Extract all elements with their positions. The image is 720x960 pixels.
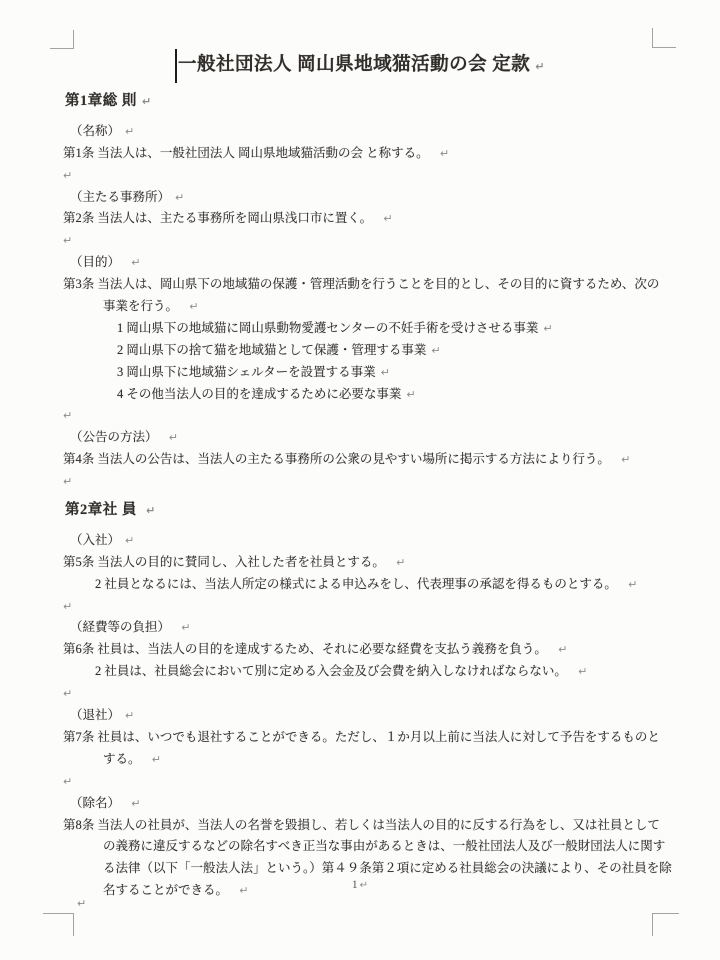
text-line-article: 第2条 当法人は、主たる事務所を岡山県浅口市に置く。 ↵ [0, 208, 720, 230]
text-line-article: 第7条 社員は、いつでも退社することができる。ただし、１か月以上前に当法人に対し… [0, 727, 720, 749]
return-mark-icon: ↵ [578, 665, 587, 678]
return-mark-icon: ↵ [125, 709, 134, 722]
return-mark-icon: ↵ [131, 797, 140, 810]
text-line-item: 4 その他当法人の目的を達成するために必要な事業↵ [0, 384, 720, 406]
blank-line: ↵ [0, 230, 720, 252]
text-line-item: 3 岡山県下に地域猫シェルターを設置する事業↵ [0, 362, 720, 384]
text-line-label: （経費等の負担） ↵ [0, 617, 720, 639]
line-text: （公告の方法） [70, 430, 164, 444]
line-text: 第2章社 員 [65, 502, 141, 518]
text-line-chapter: 第2章社 員 ↵ [0, 500, 720, 522]
return-mark-icon: ↵ [383, 212, 392, 225]
crop-mark-bottom-right-icon [652, 913, 679, 936]
text-line-cont: の義務に違反するなどの除名すべき正当な事由があるときは、一般社団法人及び一般財団… [0, 836, 720, 858]
blank-line: ↵ [0, 771, 720, 793]
line-text: （退社） [70, 708, 120, 722]
return-mark-icon: ↵ [360, 880, 368, 891]
line-text: （経費等の負担） [70, 620, 176, 634]
line-text: 第1章総 則 [65, 93, 137, 109]
document-title-row: 一般社団法人 岡山県地域猫活動の会 定款↵ [0, 46, 720, 84]
text-line-sub: 2 社員は、社員総会において別に定める入会金及び会費を納入しなければならない。 … [0, 661, 720, 683]
page-number: 1↵ [0, 879, 720, 891]
blank-line: ↵ [0, 683, 720, 705]
line-text: 第7条 社員は、いつでも退社することができる。ただし、１か月以上前に当法人に対し… [63, 730, 660, 744]
line-text: （名称） [70, 124, 120, 138]
text-line-cont: する。 ↵ [0, 749, 720, 771]
line-text: 2 岡山県下の捨て猫を地域猫として保護・管理する事業 [117, 343, 426, 357]
line-text: （除名） [70, 796, 126, 810]
return-mark-icon: ↵ [169, 431, 178, 444]
return-mark-icon: ↵ [181, 621, 190, 634]
line-text: 第4条 当法人の公告は、当法人の主たる事務所の公衆の見やすい場所に掲示する方法に… [63, 452, 616, 466]
text-line-label: （公告の方法） ↵ [0, 427, 720, 449]
document-title: 一般社団法人 岡山県地域猫活動の会 定款 [178, 55, 530, 75]
line-text: 3 岡山県下に地域猫シェルターを設置する事業 [117, 365, 376, 379]
page-number-value: 1 [352, 879, 358, 891]
return-mark-icon: ↵ [396, 556, 405, 569]
return-mark-icon: ↵ [621, 453, 630, 466]
crop-mark-top-left-icon [50, 30, 74, 49]
text-line-label: （目的） ↵ [0, 252, 720, 274]
return-mark-icon: ↵ [131, 256, 140, 269]
document-body: 第1章総 則↵（名称）↵第1条 当法人は、一般社団法人 岡山県地域猫活動の会 と… [0, 91, 720, 902]
text-line-label: （名称）↵ [0, 121, 720, 143]
return-mark-icon: ↵ [63, 234, 72, 247]
return-mark-icon: ↵ [125, 534, 134, 547]
line-text: る法律（以下「一般法人法」という。）第４９条第２項に定める社員総会の決議により、… [103, 861, 672, 875]
text-line-article: 第8条 当法人の社員が、当法人の名誉を毀損し、若しくは当法人の目的に反する行為を… [0, 815, 720, 837]
text-line-cont: る法律（以下「一般法人法」という。）第４９条第２項に定める社員総会の決議により、… [0, 858, 720, 880]
line-text: 第1条 当法人は、一般社団法人 岡山県地域猫活動の会 と称する。 [63, 146, 435, 160]
text-line-item: 1 岡山県下の地域猫に岡山県動物愛護センターの不妊手術を受けさせる事業↵ [0, 318, 720, 340]
blank-line: ↵ [0, 471, 720, 493]
text-cursor [175, 49, 177, 83]
return-mark-icon: ↵ [63, 409, 72, 422]
line-text: （目的） [70, 255, 126, 269]
text-line-chapter: 第1章総 則↵ [0, 91, 720, 113]
line-text: 第8条 当法人の社員が、当法人の名誉を毀損し、若しくは当法人の目的に反する行為を… [63, 818, 660, 832]
return-mark-icon: ↵ [431, 344, 440, 357]
text-line-article: 第1条 当法人は、一般社団法人 岡山県地域猫活動の会 と称する。 ↵ [0, 143, 720, 165]
line-text: 1 岡山県下の地域猫に岡山県動物愛護センターの不妊手術を受けさせる事業 [117, 321, 538, 335]
return-mark-icon: ↵ [63, 600, 72, 613]
return-mark-icon: ↵ [146, 504, 156, 517]
crop-mark-top-right-icon [652, 28, 676, 48]
return-mark-icon: ↵ [406, 388, 415, 401]
return-mark-icon: ↵ [125, 125, 134, 138]
return-mark-icon: ↵ [189, 300, 198, 313]
text-line-label: （除名） ↵ [0, 793, 720, 815]
text-line-sub: 2 社員となるには、当法人所定の様式による申込みをし、代表理事の承認を得るものと… [0, 574, 720, 596]
return-mark-icon: ↵ [628, 578, 637, 591]
line-text: 2 社員は、社員総会において別に定める入会金及び会費を納入しなければならない。 [95, 664, 573, 678]
return-mark-icon: ↵ [535, 60, 545, 73]
text-line-label: （入社）↵ [0, 530, 720, 552]
crop-mark-bottom-left-icon [43, 913, 74, 936]
return-mark-icon: ↵ [77, 897, 86, 910]
line-text: 事業を行う。 [103, 299, 184, 313]
return-mark-icon: ↵ [63, 687, 72, 700]
line-text: する。 [103, 752, 147, 766]
text-line-item: 2 岡山県下の捨て猫を地域猫として保護・管理する事業↵ [0, 340, 720, 362]
blank-line: ↵ [0, 405, 720, 427]
line-text: の義務に違反するなどの除名すべき正当な事由があるときは、一般社団法人及び一般財団… [103, 839, 665, 853]
blank-line: ↵ [0, 165, 720, 187]
text-line-label: （退社）↵ [0, 705, 720, 727]
text-line-article: 第4条 当法人の公告は、当法人の主たる事務所の公衆の見やすい場所に掲示する方法に… [0, 449, 720, 471]
line-text: 第5条 当法人の目的に賛同し、入社した者を社員とする。 [63, 555, 391, 569]
return-mark-icon: ↵ [440, 147, 449, 160]
line-text: 2 社員となるには、当法人所定の様式による申込みをし、代表理事の承認を得るものと… [95, 577, 623, 591]
return-mark-icon: ↵ [63, 775, 72, 788]
document-page: ↵ 一般社団法人 岡山県地域猫活動の会 定款↵ 第1章総 則↵（名称）↵第1条 … [0, 0, 720, 960]
line-text: 第2条 当法人は、主たる事務所を岡山県浅口市に置く。 [63, 211, 378, 225]
return-mark-icon: ↵ [152, 753, 161, 766]
text-line-cont: 事業を行う。 ↵ [0, 296, 720, 318]
text-line-label: （主たる事務所）↵ [0, 187, 720, 209]
return-mark-icon: ↵ [175, 191, 184, 204]
return-mark-icon: ↵ [543, 322, 552, 335]
line-text: （主たる事務所） [70, 190, 170, 204]
return-mark-icon: ↵ [558, 643, 567, 656]
text-line-article: 第5条 当法人の目的に賛同し、入社した者を社員とする。 ↵ [0, 552, 720, 574]
line-text: 第6条 社員は、当法人の目的を達成するため、それに必要な経費を支払う義務を負う。 [63, 642, 553, 656]
line-text: （入社） [70, 533, 120, 547]
return-mark-icon: ↵ [63, 475, 72, 488]
blank-line: ↵ [0, 596, 720, 618]
text-line-article: 第3条 当法人は、岡山県下の地域猫の保護・管理活動を行うことを目的とし、その目的… [0, 274, 720, 296]
return-mark-icon: ↵ [381, 366, 390, 379]
return-mark-icon: ↵ [142, 95, 152, 108]
line-text: 第3条 当法人は、岡山県下の地域猫の保護・管理活動を行うことを目的とし、その目的… [63, 277, 659, 291]
text-line-article: 第6条 社員は、当法人の目的を達成するため、それに必要な経費を支払う義務を負う。… [0, 639, 720, 661]
line-text: 4 その他当法人の目的を達成するために必要な事業 [117, 387, 401, 401]
return-mark-icon: ↵ [63, 169, 72, 182]
